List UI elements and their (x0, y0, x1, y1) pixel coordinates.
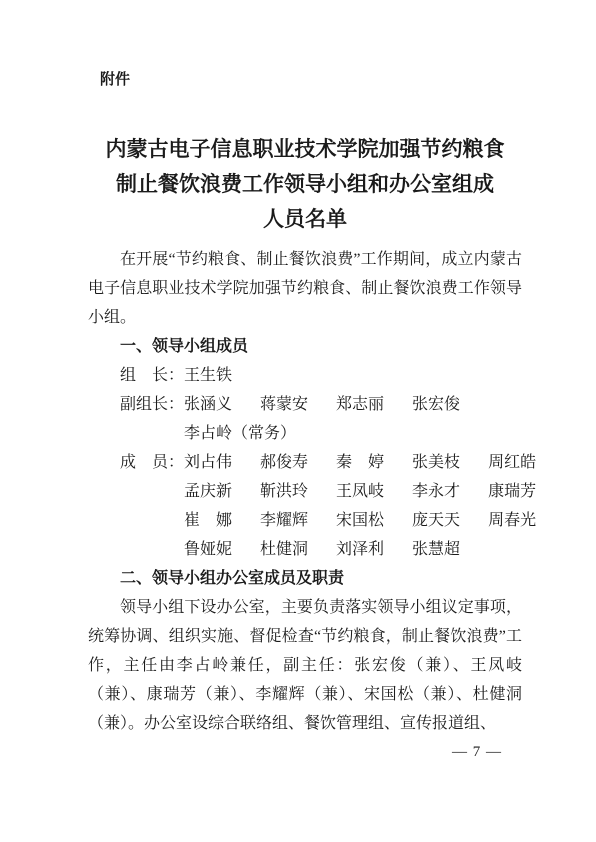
document-page: 附件 内蒙古电子信息职业技术学院加强节约粮食 制止餐饮浪费工作领导小组和办公室组… (0, 0, 596, 842)
member-name: 宋国松 (336, 506, 384, 535)
row-label: 成 员： (120, 448, 184, 477)
member-name: 张慧超 (412, 535, 460, 564)
office-paragraph: 领导小组下设办公室，主要负责落实领导小组议定事项，统筹协调、组织实施、督促检查“… (88, 593, 522, 738)
member-name: 鲁娅妮 (184, 535, 232, 564)
leadership-list: 组 长： 王生铁 副组长： 张涵义蒋蒙安郑志丽张宏俊 李占岭（常务） 成 员： … (88, 361, 522, 564)
member-row-1: 成 员： 刘占伟郝俊寿秦 婷张美枝周红皓 (120, 448, 522, 477)
title-line-1: 内蒙古电子信息职业技术学院加强节约粮食 (88, 132, 522, 167)
name-list: 王生铁 (184, 361, 232, 390)
member-name: 孟庆新 (184, 477, 232, 506)
member-name: 靳洪玲 (260, 477, 308, 506)
document-body: 在开展“节约粮食、制止餐饮浪费”工作期间，成立内蒙古电子信息职业技术学院加强节约… (88, 245, 522, 738)
attachment-label: 附件 (100, 70, 522, 90)
leader-row-deputy-continued: 李占岭（常务） (120, 419, 522, 448)
title-line-3: 人员名单 (88, 202, 522, 237)
member-row-4: 鲁娅妮杜健洞刘泽利张慧超 (120, 535, 522, 564)
name-list: 孟庆新靳洪玲王凤岐李永才康瑞芳 (184, 477, 536, 506)
member-name: 杜健洞 (260, 535, 308, 564)
member-name: 李永才 (412, 477, 460, 506)
document-title: 内蒙古电子信息职业技术学院加强节约粮食 制止餐饮浪费工作领导小组和办公室组成 人… (88, 132, 522, 237)
member-name: 庞天天 (412, 506, 460, 535)
name-list: 李占岭（常务） (184, 419, 296, 448)
name-list: 张涵义蒋蒙安郑志丽张宏俊 (184, 390, 460, 419)
member-name: 秦 婷 (336, 448, 384, 477)
member-name: 郑志丽 (336, 390, 384, 419)
name-list: 刘占伟郝俊寿秦 婷张美枝周红皓 (184, 448, 536, 477)
leader-row-group-leader: 组 长： 王生铁 (120, 361, 522, 390)
member-name: 周春光 (488, 506, 536, 535)
row-label: 组 长： (120, 361, 184, 390)
member-row-2: 孟庆新靳洪玲王凤岐李永才康瑞芳 (120, 477, 522, 506)
member-name: 郝俊寿 (260, 448, 308, 477)
leader-row-deputy-leaders: 副组长： 张涵义蒋蒙安郑志丽张宏俊 (120, 390, 522, 419)
row-label: 副组长： (120, 390, 184, 419)
member-name: 李耀辉 (260, 506, 308, 535)
member-name: 李占岭（常务） (184, 419, 296, 448)
member-name: 刘泽利 (336, 535, 384, 564)
member-name: 张涵义 (184, 390, 232, 419)
intro-paragraph: 在开展“节约粮食、制止餐饮浪费”工作期间，成立内蒙古电子信息职业技术学院加强节约… (88, 245, 522, 332)
name-list: 鲁娅妮杜健洞刘泽利张慧超 (184, 535, 460, 564)
section-2-heading: 二、领导小组办公室成员及职责 (120, 564, 522, 593)
member-name: 张宏俊 (412, 390, 460, 419)
member-name: 张美枝 (412, 448, 460, 477)
member-row-3: 崔 娜李耀辉宋国松庞天天周春光 (120, 506, 522, 535)
name-list: 崔 娜李耀辉宋国松庞天天周春光 (184, 506, 536, 535)
member-name: 刘占伟 (184, 448, 232, 477)
member-name: 蒋蒙安 (260, 390, 308, 419)
member-name: 王生铁 (184, 361, 232, 390)
section-1-heading: 一、领导小组成员 (120, 332, 522, 361)
page-number: — 7 — (452, 743, 502, 761)
member-name: 康瑞芳 (488, 477, 536, 506)
member-name: 周红皓 (488, 448, 536, 477)
title-line-2: 制止餐饮浪费工作领导小组和办公室组成 (88, 167, 522, 202)
member-name: 王凤岐 (336, 477, 384, 506)
member-name: 崔 娜 (184, 506, 232, 535)
